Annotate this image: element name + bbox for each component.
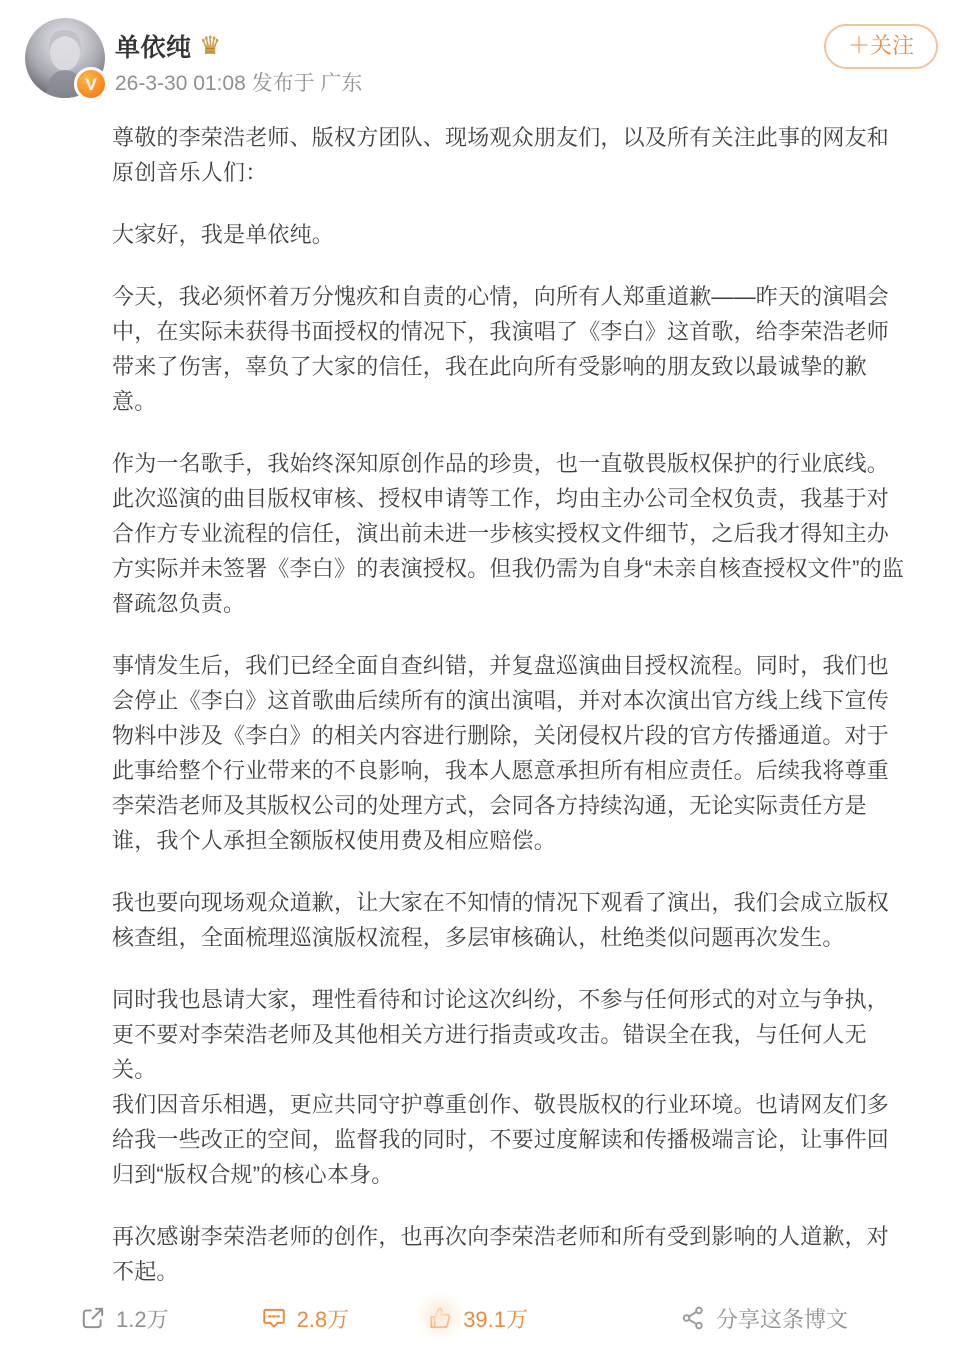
share-nodes-icon (680, 1305, 706, 1331)
post-paragraph: 今天，我必须怀着万分愧疚和自责的心情，向所有人郑重道歉——昨天的演唱会中，在实际… (112, 279, 908, 419)
repost-button[interactable]: 1.2万 (80, 1303, 169, 1334)
like-button[interactable]: 39.1万 (427, 1303, 528, 1334)
share-button[interactable]: 分享这条博文 (680, 1303, 848, 1334)
post-paragraph: 同时我也恳请大家，理性看待和讨论这次纠纷，不参与任何形式的对立与争执，更不要对李… (112, 982, 908, 1192)
share-label: 分享这条博文 (716, 1303, 848, 1334)
verified-v-icon: V (74, 67, 108, 101)
post-header: V 单依纯 ♛ 26-3-30 01:08 发布于 广东 ＋关注 (0, 0, 960, 104)
comment-bubble-icon (261, 1305, 287, 1331)
post-paragraph: 尊敬的李荣浩老师、版权方团队、现场观众朋友们，以及所有关注此事的网友和原创音乐人… (112, 120, 908, 190)
repost-count: 1.2万 (116, 1303, 169, 1334)
repost-icon (80, 1305, 106, 1331)
comment-button[interactable]: 2.8万 (261, 1303, 350, 1334)
follow-button[interactable]: ＋关注 (824, 24, 938, 69)
thumbs-up-icon (427, 1305, 453, 1331)
post-paragraph: 事情发生后，我们已经全面自查纠错，并复盘巡演曲目授权流程。同时，我们也会停止《李… (112, 648, 908, 858)
like-count: 39.1万 (463, 1303, 528, 1334)
author-name[interactable]: 单依纯 (115, 28, 192, 64)
post-paragraph: 大家好，我是单依纯。 (112, 217, 908, 252)
post-timestamp: 26-3-30 01:08 发布于 广东 (115, 67, 362, 97)
crown-icon: ♛ (200, 34, 222, 58)
post-paragraph: 再次感谢李荣浩老师的创作，也再次向李荣浩老师和所有受到影响的人道歉，对不起。 (112, 1219, 908, 1289)
post-paragraph: 我也要向现场观众道歉，让大家在不知情的情况下观看了演出，我们会成立版权核查组，全… (112, 885, 908, 955)
author-avatar[interactable]: V (25, 18, 105, 98)
action-bar: 1.2万 2.8万 39.1万 分享这条博文 (0, 1292, 960, 1344)
weibo-post-card: V 单依纯 ♛ 26-3-30 01:08 发布于 广东 ＋关注 尊敬的李荣浩老… (0, 0, 960, 1358)
comment-count: 2.8万 (297, 1303, 350, 1334)
post-paragraph: 作为一名歌手，我始终深知原创作品的珍贵，也一直敬畏版权保护的行业底线。此次巡演的… (112, 446, 908, 621)
post-body: 尊敬的李荣浩老师、版权方团队、现场观众朋友们，以及所有关注此事的网友和原创音乐人… (112, 120, 908, 1289)
